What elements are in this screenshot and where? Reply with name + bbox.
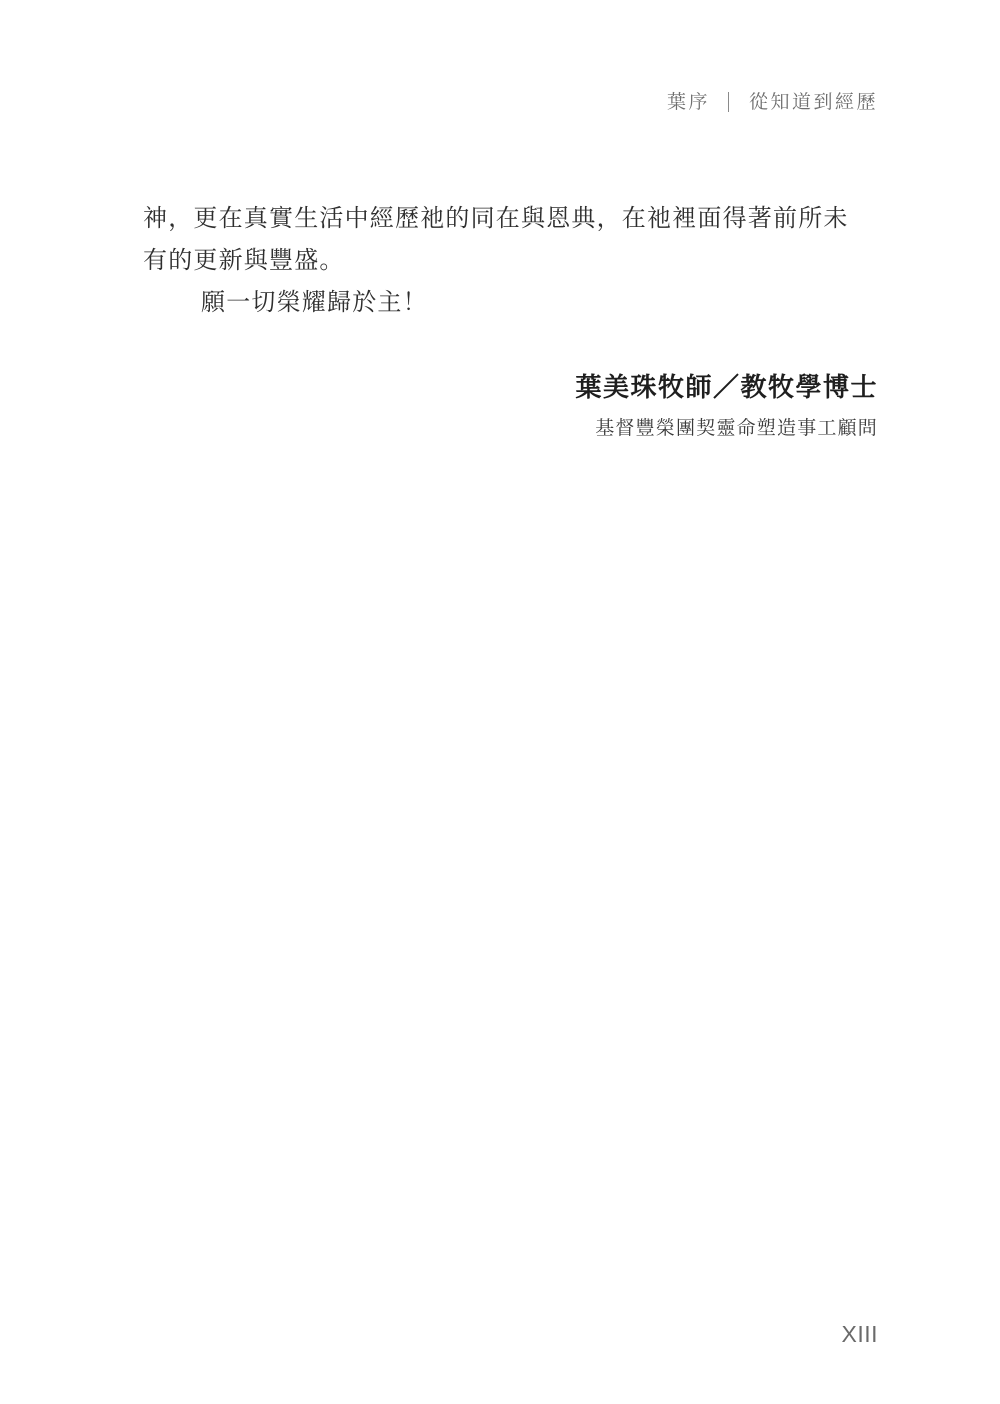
- body-line-1: 神，更在真實生活中經歷祂的同在與恩典，在祂裡面得著前所未: [143, 197, 879, 239]
- body-text: 神，更在真實生活中經歷祂的同在與恩典，在祂裡面得著前所未 有的更新與豐盛。 願一…: [143, 197, 879, 323]
- body-closing-line: 願一切榮耀歸於主！: [143, 281, 879, 323]
- page-number: XIII: [841, 1320, 878, 1348]
- author-title: 基督豐榮團契靈命塑造事工顧問: [575, 413, 878, 443]
- running-header-section: 葉序: [667, 89, 710, 115]
- header-separator: [728, 92, 729, 112]
- running-header: 葉序 從知道到經歷: [667, 89, 878, 115]
- author-name: 葉美珠牧師／教牧學博士: [575, 369, 878, 407]
- running-header-chapter-title: 從知道到經歷: [749, 89, 878, 115]
- body-line-2: 有的更新與豐盛。: [143, 239, 879, 281]
- signature-block: 葉美珠牧師／教牧學博士 基督豐榮團契靈命塑造事工顧問: [575, 369, 878, 443]
